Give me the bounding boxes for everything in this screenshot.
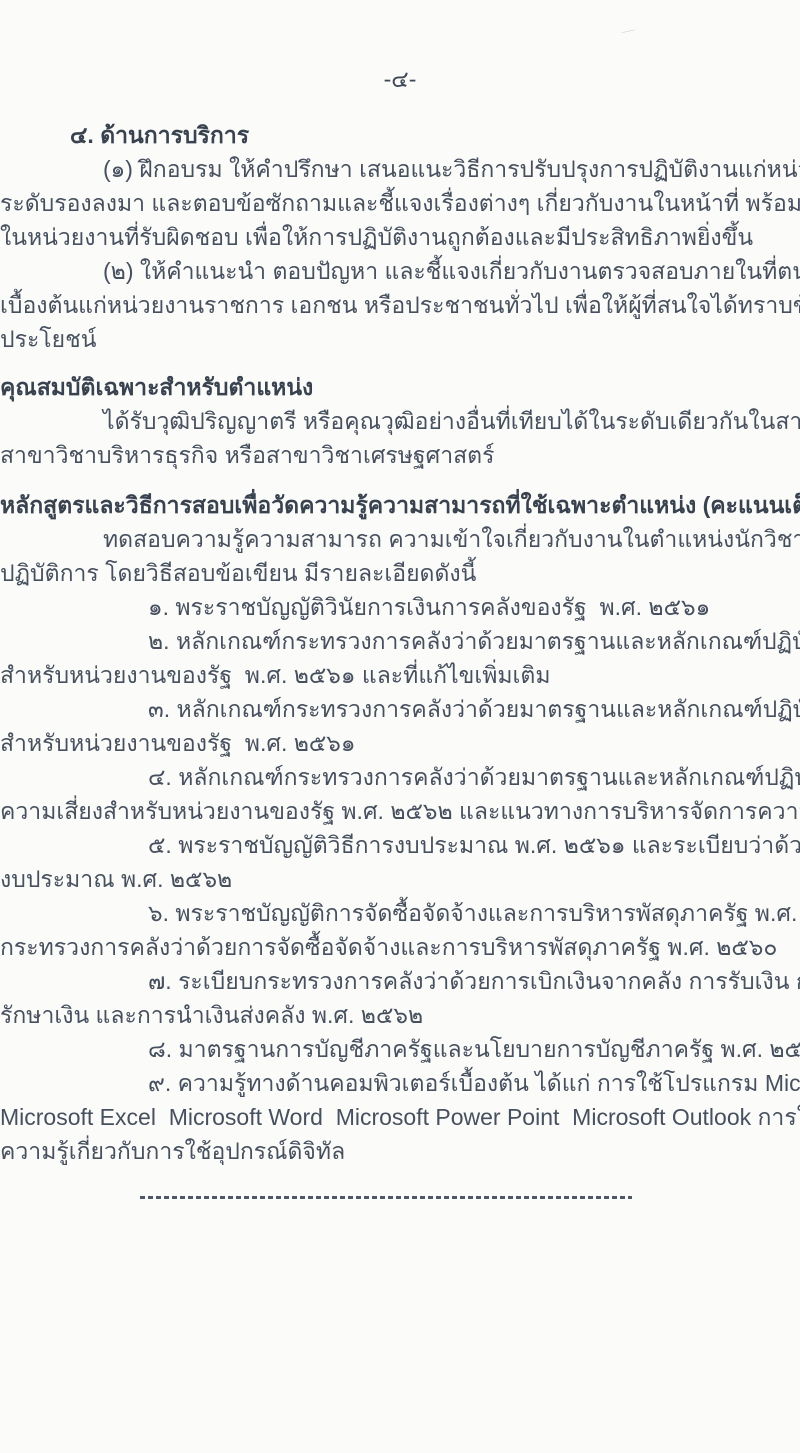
list-item-6: ๖. พระราชบัญญัติการจัดซื้อจัดจ้างและการบ… — [0, 896, 800, 964]
list-item-7: ๗. ระเบียบกระทรวงการคลังว่าด้วยการเบิกเง… — [0, 964, 800, 1032]
section-heading-exam-syllabus: หลักสูตรและวิธีการสอบเพื่อวัดความรู้ความ… — [0, 488, 800, 522]
list-item-8: ๘. มาตรฐานการบัญชีภาครัฐและนโยบายการบัญช… — [0, 1032, 800, 1066]
section-heading-service: ๔. ด้านการบริการ — [0, 118, 800, 152]
list-item-3: ๓. หลักเกณฑ์กระทรวงการคลังว่าด้วยมาตรฐาน… — [0, 692, 800, 760]
paragraph-service-1: (๑) ฝึกอบรม ให้คำปรึกษา เสนอแนะวิธีการปร… — [0, 152, 800, 254]
text-line: ในหน่วยงานที่รับผิดชอบ เพื่อให้การปฏิบัต… — [0, 220, 800, 254]
text-line: ปฏิบัติการ โดยวิธีสอบข้อเขียน มีรายละเอี… — [0, 556, 800, 590]
text-line: ทดสอบความรู้ความสามารถ ความเข้าใจเกี่ยวก… — [0, 522, 800, 556]
paragraph-service-2: (๒) ให้คำแนะนำ ตอบปัญหา และชี้แจงเกี่ยวก… — [0, 254, 800, 356]
text-line: Microsoft Excel Microsoft Word Microsoft… — [0, 1100, 800, 1134]
text-line: ๙. ความรู้ทางด้านคอมพิวเตอร์เบื้องต้น ได… — [0, 1066, 800, 1100]
text-line: ๕. พระราชบัญญัติวิธีการงบประมาณ พ.ศ. ๒๕๖… — [0, 828, 800, 862]
list-item-2: ๒. หลักเกณฑ์กระทรวงการคลังว่าด้วยมาตรฐาน… — [0, 624, 800, 692]
text-line: ๒. หลักเกณฑ์กระทรวงการคลังว่าด้วยมาตรฐาน… — [0, 624, 800, 658]
scan-artifact-mark: ﹏ — [618, 15, 636, 37]
heading-exam-syllabus: หลักสูตรและวิธีการสอบเพื่อวัดความรู้ความ… — [0, 488, 800, 522]
paragraph-qualifications: ได้รับวุฒิปริญญาตรี หรือคุณวุฒิอย่างอื่น… — [0, 404, 800, 472]
heading-qualifications: คุณสมบัติเฉพาะสำหรับตำแหน่ง — [0, 370, 800, 404]
heading-service-duty: ๔. ด้านการบริการ — [0, 118, 800, 152]
list-item-4: ๔. หลักเกณฑ์กระทรวงการคลังว่าด้วยมาตรฐาน… — [0, 760, 800, 828]
text-line: รักษาเงิน และการนำเงินส่งคลัง พ.ศ. ๒๕๖๒ — [0, 998, 800, 1032]
list-item-1: ๑. พระราชบัญญัติวินัยการเงินการคลังของรั… — [0, 590, 800, 624]
text-line: (๒) ให้คำแนะนำ ตอบปัญหา และชี้แจงเกี่ยวก… — [0, 254, 800, 288]
text-line: สำหรับหน่วยงานของรัฐ พ.ศ. ๒๕๖๑ — [0, 726, 800, 760]
text-line: ๘. มาตรฐานการบัญชีภาครัฐและนโยบายการบัญช… — [0, 1032, 800, 1066]
text-line: สาขาวิชาบริหารธุรกิจ หรือสาขาวิชาเศรษฐศา… — [0, 438, 800, 472]
text-line: งบประมาณ พ.ศ. ๒๕๖๒ — [0, 862, 800, 896]
text-line: (๑) ฝึกอบรม ให้คำปรึกษา เสนอแนะวิธีการปร… — [0, 152, 800, 186]
document-page: ﹏ -๔- ๔. ด้านการบริการ (๑) ฝึกอบรม ให้คำ… — [0, 0, 800, 1199]
text-line: กระทรวงการคลังว่าด้วยการจัดซื้อจัดจ้างแล… — [0, 930, 800, 964]
text-line: ระดับรองลงมา และตอบข้อซักถามและชี้แจงเรื… — [0, 186, 800, 220]
text-line: ได้รับวุฒิปริญญาตรี หรือคุณวุฒิอย่างอื่น… — [0, 404, 800, 438]
text-line: ๖. พระราชบัญญัติการจัดซื้อจัดจ้างและการบ… — [0, 896, 800, 930]
text-line: ๔. หลักเกณฑ์กระทรวงการคลังว่าด้วยมาตรฐาน… — [0, 760, 800, 794]
text-line: ความเสี่ยงสำหรับหน่วยงานของรัฐ พ.ศ. ๒๕๖๒… — [0, 794, 800, 828]
text-line: ๗. ระเบียบกระทรวงการคลังว่าด้วยการเบิกเง… — [0, 964, 800, 998]
dashed-divider — [140, 1196, 632, 1199]
text-line: เบื้องต้นแก่หน่วยงานราชการ เอกชน หรือประ… — [0, 288, 800, 322]
page-number: -๔- — [0, 62, 800, 96]
text-line: ความรู้เกี่ยวกับการใช้อุปกรณ์ดิจิทัล — [0, 1134, 800, 1168]
text-line: ประโยชน์ — [0, 322, 800, 356]
text-line: ๓. หลักเกณฑ์กระทรวงการคลังว่าด้วยมาตรฐาน… — [0, 692, 800, 726]
text-line: สำหรับหน่วยงานของรัฐ พ.ศ. ๒๕๖๑ และที่แก้… — [0, 658, 800, 692]
section-heading-qualifications: คุณสมบัติเฉพาะสำหรับตำแหน่ง — [0, 370, 800, 404]
text-line: ๑. พระราชบัญญัติวินัยการเงินการคลังของรั… — [0, 590, 800, 624]
list-item-5: ๕. พระราชบัญญัติวิธีการงบประมาณ พ.ศ. ๒๕๖… — [0, 828, 800, 896]
paragraph-exam-intro: ทดสอบความรู้ความสามารถ ความเข้าใจเกี่ยวก… — [0, 522, 800, 590]
list-item-9: ๙. ความรู้ทางด้านคอมพิวเตอร์เบื้องต้น ได… — [0, 1066, 800, 1168]
